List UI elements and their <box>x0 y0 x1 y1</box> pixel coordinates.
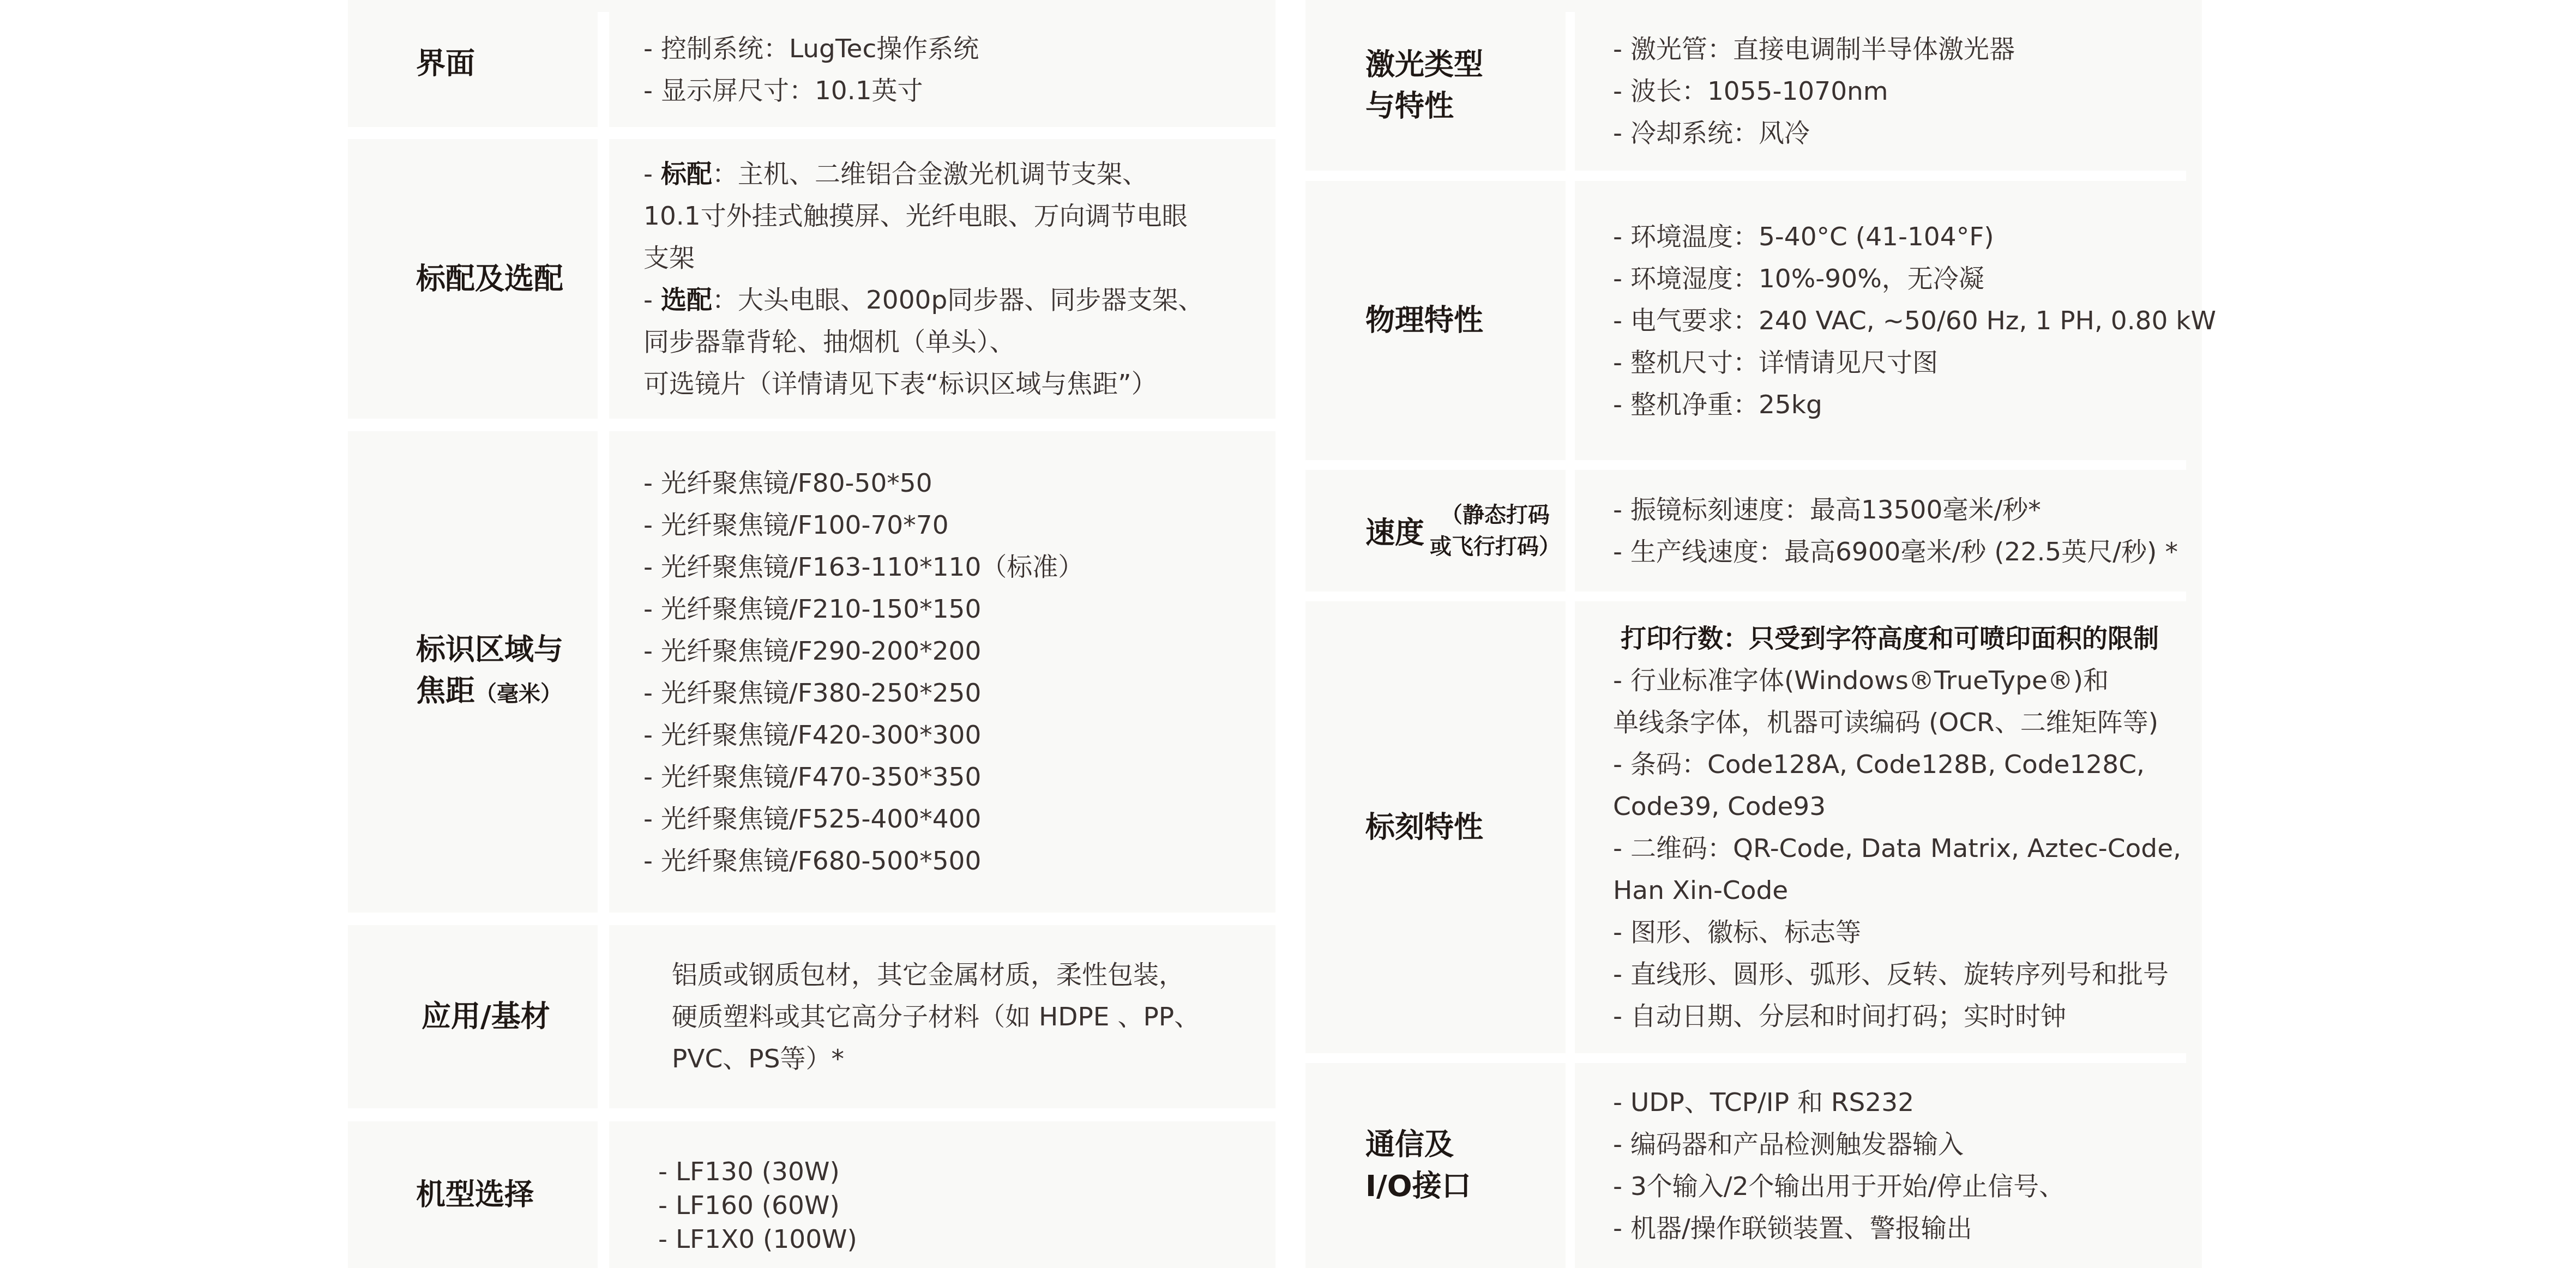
spec-line: 同步器靠背轮、抽烟机（单头）、 <box>643 321 1275 363</box>
spec-line: 铝质或钢质包材，其它金属材质，柔性包装， <box>672 954 1275 996</box>
row-content-application: 铝质或钢质包材，其它金属材质，柔性包装， 硬质塑料或其它高分子材料（如 HDPE… <box>609 925 1275 1108</box>
row-content-speed: - 振镜标刻速度：最高13500毫米/秒* - 生产线速度：最高6900毫米/秒… <box>1575 470 2186 591</box>
spec-line: Han Xin-Code <box>1613 870 2186 911</box>
label-line: 与特性 <box>1365 86 1483 127</box>
spec-line: - 图形、徽标、标志等 <box>1613 911 2186 953</box>
row-content-physical: - 环境温度：5-40°C (41-104°F) - 环境湿度：10%-90%，… <box>1575 181 2186 460</box>
bullet: - <box>643 285 661 315</box>
spec-line: 10.1寸外挂式触摸屏、光纤电眼、万向调节电眼 <box>643 195 1275 237</box>
spec-line: - 电气要求：240 VAC, ~50/60 Hz, 1 PH, 0.80 kW <box>1613 300 2186 342</box>
standard-key: 标配 <box>661 159 712 189</box>
label-text: 标配及选配 <box>416 258 563 300</box>
label-line2: 焦距 <box>416 674 475 708</box>
row-content-interface: - 控制系统：LugTec操作系统 - 显示屏尺寸：10.1英寸 <box>609 12 1275 127</box>
spec-line: 支架 <box>643 237 1275 279</box>
spec-line: - 环境湿度：10%-90%，无冷凝 <box>1613 258 2186 300</box>
left-column-divider <box>598 12 609 1268</box>
spec-line: - 3个输入/2个输出用于开始/停止信号、 <box>1613 1166 2186 1207</box>
spec-line: - 激光管：直接电调制半导体激光器 <box>1613 28 2186 70</box>
label-text: 应用/基材 <box>422 996 550 1037</box>
row-label-marking-area: 标识区域与 焦距（毫米） <box>348 431 598 913</box>
label-text: 速度 <box>1365 510 1424 552</box>
spec-line: - 自动日期、分层和时间打码；实时时钟 <box>1613 995 2186 1037</box>
row-label-physical: 物理特性 <box>1305 181 1566 460</box>
spec-line: - 编码器和产品检测触发器输入 <box>1613 1124 2186 1166</box>
spec-line: - 显示屏尺寸：10.1英寸 <box>643 70 1275 112</box>
spec-line: - 整机净重：25kg <box>1613 384 2186 426</box>
row-label-standard-optional: 标配及选配 <box>348 139 598 419</box>
row-divider <box>1305 591 2186 601</box>
marking-heading: 打印行数：只受到字符高度和可喷印面积的限制 <box>1613 618 2186 660</box>
label-text: 激光类型 与特性 <box>1365 44 1483 127</box>
row-content-marking-area: - 光纤聚焦镜/F80-50*50 - 光纤聚焦镜/F100-70*70 - 光… <box>609 431 1275 913</box>
spec-line: - 控制系统：LugTec操作系统 <box>643 28 1275 70</box>
spec-line: - 标配：主机、二维铝合金激光机调节支架、 <box>643 153 1275 195</box>
lens-option: - 光纤聚焦镜/F100-70*70 <box>643 504 1275 546</box>
row-content-standard-optional: - 标配：主机、二维铝合金激光机调节支架、 10.1寸外挂式触摸屏、光纤电眼、万… <box>609 139 1275 419</box>
row-label-speed: 速度 （静态打码 或飞行打码） <box>1305 470 1566 591</box>
row-divider <box>1305 460 2186 470</box>
label-sub-line: 或飞行打码） <box>1430 531 1561 563</box>
spec-line: Code39, Code93 <box>1613 786 2186 828</box>
label-line: I/O接口 <box>1365 1166 1471 1207</box>
model-option: - LF160 (60W) <box>658 1189 1275 1223</box>
label-line: 焦距（毫米） <box>416 671 563 715</box>
row-label-model: 机型选择 <box>348 1121 598 1268</box>
spec-line: 可选镜片（详情请见下表“标识区域与焦距”） <box>643 363 1275 405</box>
spec-line: - 行业标准字体(Windows®TrueType®)和 <box>1613 660 2186 702</box>
model-option: - LF1X0 (100W) <box>658 1223 1275 1257</box>
row-content-model: - LF130 (30W) - LF160 (60W) - LF1X0 (100… <box>609 1121 1275 1268</box>
model-option: - LF130 (30W) <box>658 1155 1275 1189</box>
spec-line: - 振镜标刻速度：最高13500毫米/秒* <box>1613 489 2186 531</box>
lens-option: - 光纤聚焦镜/F163-110*110（标准） <box>643 546 1275 588</box>
lens-option: - 光纤聚焦镜/F680-500*500 <box>643 840 1275 882</box>
spec-line: - 二维码：QR-Code, Data Matrix, Aztec-Code, <box>1613 828 2186 870</box>
spec-line: - 环境温度：5-40°C (41-104°F) <box>1613 216 2186 258</box>
lens-option: - 光纤聚焦镜/F80-50*50 <box>643 462 1275 504</box>
optional-text: ：大头电眼、2000p同步器、同步器支架、 <box>712 285 1203 315</box>
row-divider <box>1305 1053 2186 1063</box>
row-divider <box>348 913 1275 925</box>
spec-line: - 冷却系统：风冷 <box>1613 112 2186 154</box>
right-column-divider <box>1566 12 1575 1268</box>
label-line: 通信及 <box>1365 1124 1471 1166</box>
spec-line: - 选配：大头电眼、2000p同步器、同步器支架、 <box>643 279 1275 321</box>
label-text: 标识区域与 焦距（毫米） <box>416 629 563 715</box>
label-text: 界面 <box>416 43 475 84</box>
label-subtitle: （静态打码 或飞行打码） <box>1430 499 1561 563</box>
spec-line: - 生产线速度：最高6900毫米/秒 (22.5英尺/秒) * <box>1613 531 2186 573</box>
spec-line: 硬质塑料或其它高分子材料（如 HDPE 、PP、 <box>672 996 1275 1038</box>
lens-option: - 光纤聚焦镜/F290-200*200 <box>643 630 1275 672</box>
lens-option: - 光纤聚焦镜/F380-250*250 <box>643 672 1275 714</box>
spec-line: - 机器/操作联锁装置、警报输出 <box>1613 1207 2186 1249</box>
row-label-marking: 标刻特性 <box>1305 601 1566 1053</box>
label-text: 标刻特性 <box>1365 807 1483 848</box>
spec-line: - 波长：1055-1070nm <box>1613 70 2186 112</box>
bullet: - <box>643 159 661 189</box>
row-label-application: 应用/基材 <box>348 925 598 1108</box>
label-text: 机型选择 <box>416 1174 534 1216</box>
label-sub-line: （静态打码 <box>1430 499 1561 531</box>
label-text: 物理特性 <box>1365 300 1483 341</box>
row-content-marking: 打印行数：只受到字符高度和可喷印面积的限制 - 行业标准字体(Windows®T… <box>1575 601 2186 1053</box>
row-content-laser-type: - 激光管：直接电调制半导体激光器 - 波长：1055-1070nm - 冷却系… <box>1575 12 2186 171</box>
lens-option: - 光纤聚焦镜/F420-300*300 <box>643 714 1275 756</box>
spec-line: - 直线形、圆形、弧形、反转、旋转序列号和批号 <box>1613 953 2186 995</box>
label-line: 标识区域与 <box>416 629 563 671</box>
unit-label: （毫米） <box>475 681 562 707</box>
spec-line: - UDP、TCP/IP 和 RS232 <box>1613 1082 2186 1124</box>
spec-line: 单线条字体，机器可读编码 (OCR、二维矩阵等) <box>1613 702 2186 744</box>
spec-line: PVC、PS等）* <box>672 1038 1275 1080</box>
optional-key: 选配 <box>661 285 712 315</box>
row-divider <box>1305 171 2186 181</box>
row-divider <box>348 419 1275 431</box>
row-label-interface: 界面 <box>348 0 598 127</box>
lens-option: - 光纤聚焦镜/F525-400*400 <box>643 798 1275 840</box>
label-text: 通信及 I/O接口 <box>1365 1124 1471 1207</box>
lens-option: - 光纤聚焦镜/F210-150*150 <box>643 588 1275 630</box>
row-divider <box>348 127 1275 139</box>
standard-text: ：主机、二维铝合金激光机调节支架、 <box>712 159 1148 189</box>
spec-line: - 整机尺寸：详情请见尺寸图 <box>1613 342 2186 384</box>
row-divider <box>348 1108 1275 1121</box>
label-line: 激光类型 <box>1365 44 1483 86</box>
lens-option: - 光纤聚焦镜/F470-350*350 <box>643 756 1275 798</box>
row-content-communication: - UDP、TCP/IP 和 RS232 - 编码器和产品检测触发器输入 - 3… <box>1575 1063 2186 1268</box>
row-label-communication: 通信及 I/O接口 <box>1305 1063 1566 1268</box>
spec-line: - 条码：Code128A, Code128B, Code128C, <box>1613 744 2186 786</box>
row-label-laser-type: 激光类型 与特性 <box>1305 0 1566 171</box>
